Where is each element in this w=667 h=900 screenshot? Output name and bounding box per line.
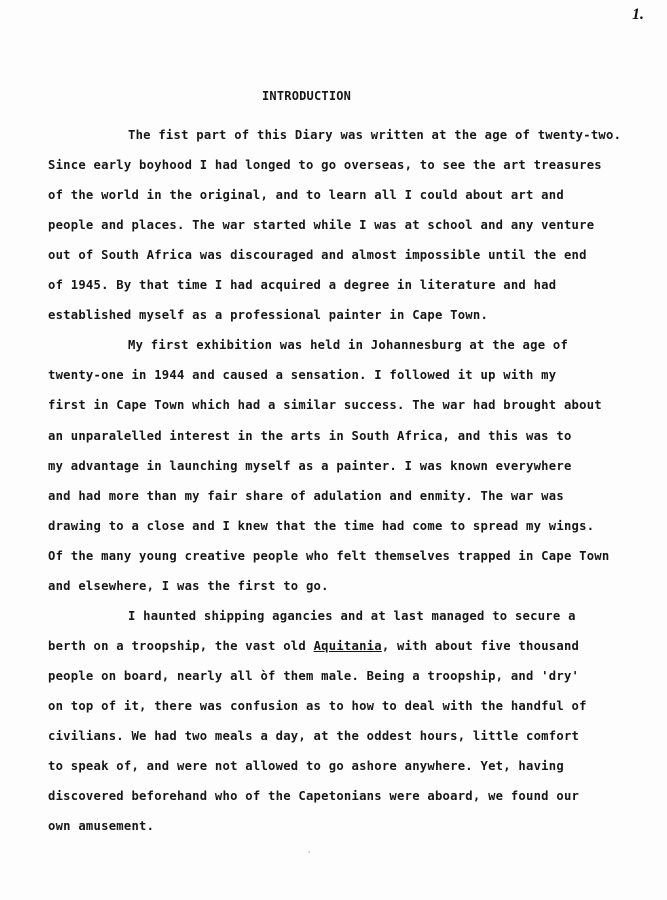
section-title: INTRODUCTION	[262, 89, 351, 103]
text-line: I haunted shipping agancies and at last …	[128, 608, 576, 624]
text-line: of the world in the original, and to lea…	[48, 187, 564, 203]
text-line: Since early boyhood I had longed to go o…	[48, 157, 602, 173]
page-number: 1.	[632, 6, 644, 24]
text-line: My first exhibition was held in Johannes…	[128, 337, 568, 353]
text-line: an unparalelled interest in the arts in …	[48, 428, 572, 444]
text-line: and had more than my fair share of adula…	[48, 488, 564, 504]
text-line: on top of it, there was confusion as to …	[48, 698, 587, 714]
text-segment: berth on a troopship, the vast old	[48, 639, 314, 653]
text-line: The fist part of this Diary was written …	[128, 127, 621, 143]
text-line: own amusement.	[48, 818, 154, 834]
text-line: to speak of, and were not allowed to go …	[48, 758, 564, 774]
text-line: first in Cape Town which had a similar s…	[48, 397, 602, 413]
text-line: established myself as a professional pai…	[48, 307, 488, 323]
document-page: 1. INTRODUCTION The fist part of this Di…	[0, 0, 667, 900]
ship-name-underlined: Aquitania	[314, 639, 382, 653]
text-line: out of South Africa was discouraged and …	[48, 247, 587, 263]
text-line: twenty-one in 1944 and caused a sensatio…	[48, 367, 556, 383]
text-line: berth on a troopship, the vast old Aquit…	[48, 638, 579, 654]
text-line: discovered beforehand who of the Capeton…	[48, 788, 579, 804]
text-line: and elsewhere, I was the first to go.	[48, 578, 329, 594]
text-line: Of the many young creative people who fe…	[48, 548, 609, 564]
text-segment: , with about five thousand	[382, 639, 579, 653]
text-line: people and places. The war started while…	[48, 217, 594, 233]
text-line: civilians. We had two meals a day, at th…	[48, 728, 579, 744]
text-line: drawing to a close and I knew that the t…	[48, 518, 594, 534]
text-line: of 1945. By that time I had acquired a d…	[48, 277, 556, 293]
text-line: people on board, nearly all òf them male…	[48, 668, 579, 684]
stray-mark: '	[307, 850, 311, 858]
text-line: my advantage in launching myself as a pa…	[48, 458, 572, 474]
